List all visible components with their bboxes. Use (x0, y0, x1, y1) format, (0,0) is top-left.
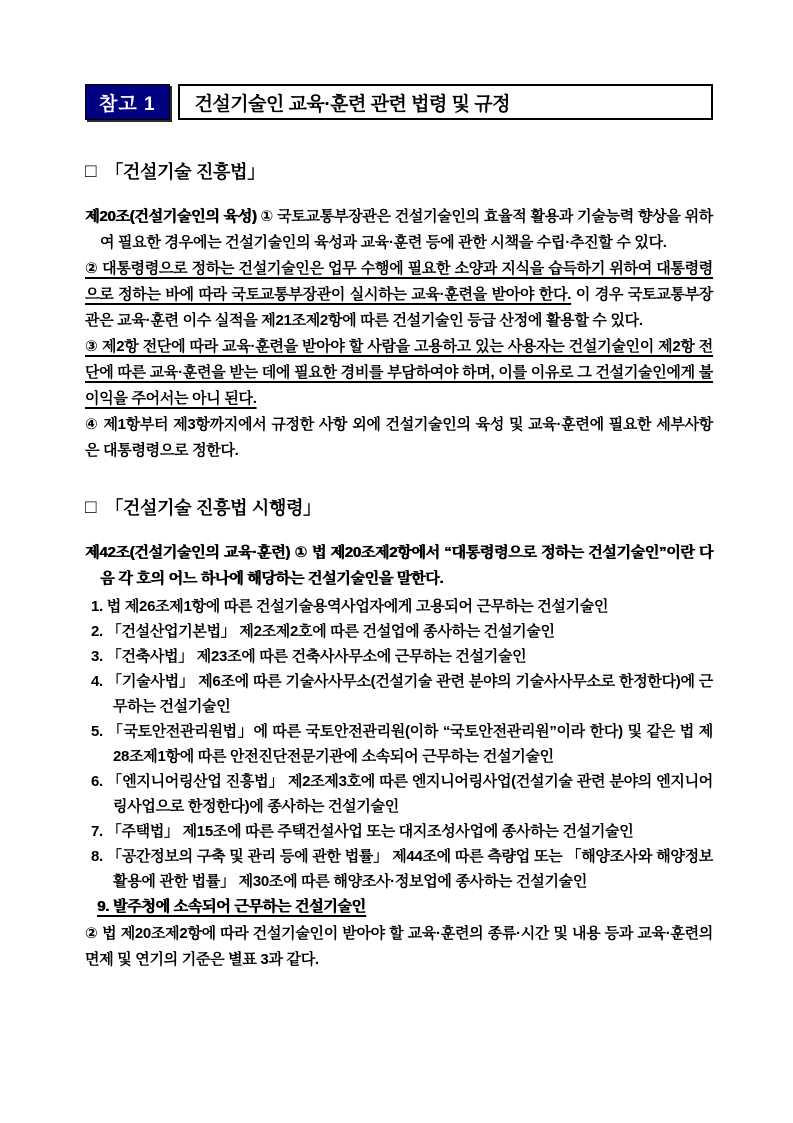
article-20-head: 제20조(건설기술인의 육성) (85, 208, 261, 225)
document-title: 건설기술인 교육·훈련 관련 법령 및 규정 (195, 89, 510, 116)
decree-item-4: 4. 「기술사법」 제6조에 따른 기술사사무소(건설기술 관련 분야의 기술사… (91, 669, 713, 719)
article-42-head: 제42조(건설기술인의 교육·훈련) (85, 544, 294, 561)
square-bullet-icon: □ (85, 498, 96, 517)
section-promotion-act-title: 「건설기술 진흥법」 (105, 158, 265, 184)
decree-item-3: 3. 「건축사법」 제23조에 따른 건축사사무소에 근무하는 건설기술인 (91, 644, 713, 669)
decree-item-1: 1. 법 제26조제1항에 따른 건설기술용역사업자에게 고용되어 근무하는 건… (91, 594, 713, 619)
reference-badge-label: 참고 1 (99, 89, 156, 116)
reference-header: 참고 1 건설기술인 교육·훈련 관련 법령 및 규정 (85, 84, 713, 120)
decree-item-9: 9. 발주청에 소속되어 근무하는 건설기술인 (97, 894, 713, 920)
article-20-clause-1: 제20조(건설기술인의 육성) ① 국토교통부장관은 건설기술인의 효율적 활용… (85, 204, 713, 256)
square-bullet-icon: □ (85, 162, 96, 181)
section-promotion-act-heading: □ 「건설기술 진흥법」 (85, 158, 713, 184)
article-20-clause-2: ② 대통령령으로 정하는 건설기술인은 업무 수행에 필요한 소양과 지식을 습… (85, 256, 713, 334)
section-enforcement-decree-heading: □ 「건설기술 진흥법 시행령」 (85, 494, 713, 520)
article-20-clause-3: ③ 제2항 전단에 따라 교육·훈련을 받아야 할 사람을 고용하고 있는 사용… (85, 334, 713, 412)
article-42-clause-2: ② 법 제20조제2항에 따라 건설기술인이 받아야 할 교육·훈련의 종류·시… (85, 921, 713, 973)
decree-item-8: 8. 「공간정보의 구축 및 관리 등에 관한 법률」 제44조에 따른 측량업… (91, 844, 713, 894)
article-20-clause-4: ④ 제1항부터 제3항까지에서 규정한 사항 외에 건설기술인의 육성 및 교육… (85, 412, 713, 464)
article-42-clause-1: 제42조(건설기술인의 교육·훈련) ① 법 제20조제2항에서 “대통령령으로… (85, 540, 713, 592)
section-enforcement-decree-title: 「건설기술 진흥법 시행령」 (105, 494, 321, 520)
decree-item-2: 2. 「건설산업기본법」 제2조제2호에 따른 건설업에 종사하는 건설기술인 (91, 619, 713, 644)
reference-badge: 참고 1 (85, 84, 170, 120)
document-title-box: 건설기술인 교육·훈련 관련 법령 및 규정 (178, 84, 713, 120)
decree-item-6: 6. 「엔지니어링산업 진흥법」 제2조제3호에 따른 엔지니어링사업(건설기술… (91, 769, 713, 819)
decree-item-9-text: 9. 발주청에 소속되어 근무하는 건설기술인 (97, 898, 366, 915)
article-42-item-list: 1. 법 제26조제1항에 따른 건설기술용역사업자에게 고용되어 근무하는 건… (85, 594, 713, 920)
article-20-clause-3-underlined: ③ 제2항 전단에 따라 교육·훈련을 받아야 할 사람을 고용하고 있는 사용… (85, 338, 713, 407)
document-page: 참고 1 건설기술인 교육·훈련 관련 법령 및 규정 □ 「건설기술 진흥법」… (0, 0, 793, 1123)
decree-item-7: 7. 「주택법」 제15조에 따른 주택건설사업 또는 대지조성사업에 종사하는… (91, 819, 713, 844)
decree-item-5: 5. 「국토안전관리원법」에 따른 국토안전관리원(이하 “국토안전관리원”이라… (91, 719, 713, 769)
section-promotion-act: □ 「건설기술 진흥법」 제20조(건설기술인의 육성) ① 국토교통부장관은 … (85, 158, 713, 464)
article-20-clause-4-text: ④ 제1항부터 제3항까지에서 규정한 사항 외에 건설기술인의 육성 및 교육… (85, 416, 713, 459)
article-42-clause-2-text: ② 법 제20조제2항에 따라 건설기술인이 받아야 할 교육·훈련의 종류·시… (85, 925, 713, 968)
section-enforcement-decree: □ 「건설기술 진흥법 시행령」 제42조(건설기술인의 교육·훈련) ① 법 … (85, 494, 713, 973)
